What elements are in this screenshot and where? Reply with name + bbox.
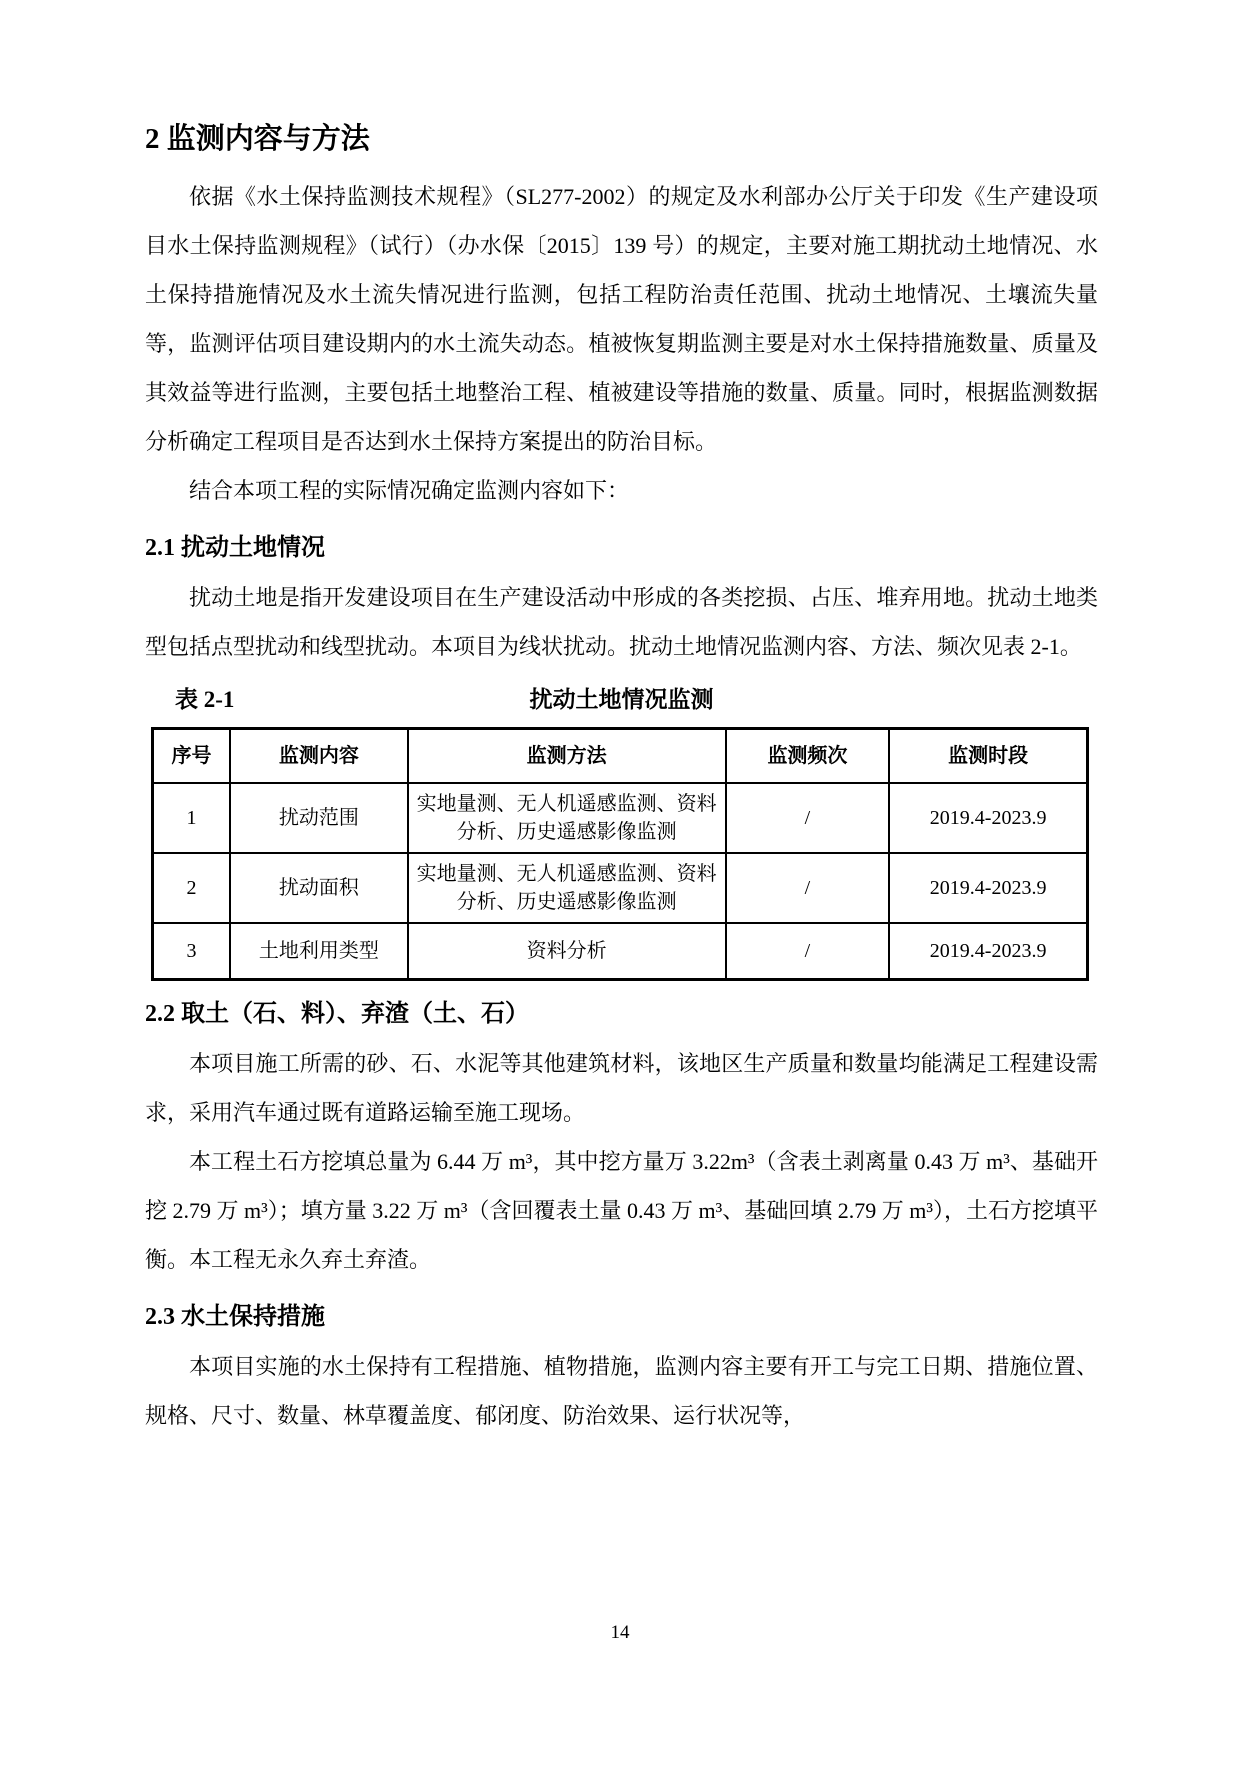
- document-page: 2 监测内容与方法 依据《水土保持监测技术规程》（SL277-2002）的规定及…: [0, 0, 1240, 1766]
- table-row: 1 扰动范围 实地量测、无人机遥感监测、资料分析、历史遥感影像监测 / 2019…: [153, 783, 1088, 853]
- section-2-1-paragraph: 扰动土地是指开发建设项目在生产建设活动中形成的各类挖损、占压、堆弃用地。扰动土地…: [145, 573, 1098, 671]
- section-2-3-paragraph: 本项目实施的水土保持有工程措施、植物措施，监测内容主要有开工与完工日期、措施位置…: [145, 1342, 1098, 1440]
- cell-seq: 3: [153, 923, 231, 980]
- section-2-2-paragraph-2: 本工程土石方挖填总量为 6.44 万 m³，其中挖方量万 3.22m³（含表土剥…: [145, 1137, 1098, 1284]
- table-caption-title: 扰动土地情况监测: [530, 687, 714, 712]
- table-caption: 表 2-1 扰动土地情况监测: [145, 683, 1098, 717]
- cell-seq: 1: [153, 783, 231, 853]
- cell-frequency: /: [726, 853, 890, 923]
- col-header-period: 监测时段: [889, 729, 1087, 784]
- table-header-row: 序号 监测内容 监测方法 监测频次 监测时段: [153, 729, 1088, 784]
- section-2-2-paragraph-1: 本项目施工所需的砂、石、水泥等其他建筑材料，该地区生产质量和数量均能满足工程建设…: [145, 1039, 1098, 1137]
- section-2-3-heading: 2.3 水土保持措施: [145, 1300, 1098, 1334]
- chapter-heading: 2 监测内容与方法: [145, 122, 1098, 156]
- cell-frequency: /: [726, 783, 890, 853]
- col-header-seq: 序号: [153, 729, 231, 784]
- cell-period: 2019.4-2023.9: [889, 853, 1087, 923]
- paragraph-lead-in: 结合本项工程的实际情况确定监测内容如下：: [145, 466, 1098, 515]
- cell-content: 土地利用类型: [230, 923, 408, 980]
- section-2-1-heading: 2.1 扰动土地情况: [145, 531, 1098, 565]
- col-header-content: 监测内容: [230, 729, 408, 784]
- cell-period: 2019.4-2023.9: [889, 783, 1087, 853]
- cell-content: 扰动面积: [230, 853, 408, 923]
- cell-content: 扰动范围: [230, 783, 408, 853]
- table-row: 3 土地利用类型 资料分析 / 2019.4-2023.9: [153, 923, 1088, 980]
- cell-frequency: /: [726, 923, 890, 980]
- col-header-method: 监测方法: [408, 729, 726, 784]
- page-number: 14: [0, 1622, 1240, 1644]
- cell-period: 2019.4-2023.9: [889, 923, 1087, 980]
- cell-method: 实地量测、无人机遥感监测、资料分析、历史遥感影像监测: [408, 783, 726, 853]
- paragraph-intro: 依据《水土保持监测技术规程》（SL277-2002）的规定及水利部办公厅关于印发…: [145, 172, 1098, 466]
- section-2-2-heading: 2.2 取土（石、料）、弃渣（土、石）: [145, 997, 1098, 1031]
- cell-method: 资料分析: [408, 923, 726, 980]
- disturbed-land-monitoring-table: 序号 监测内容 监测方法 监测频次 监测时段 1 扰动范围 实地量测、无人机遥感…: [151, 727, 1089, 981]
- col-header-frequency: 监测频次: [726, 729, 890, 784]
- cell-method: 实地量测、无人机遥感监测、资料分析、历史遥感影像监测: [408, 853, 726, 923]
- cell-seq: 2: [153, 853, 231, 923]
- table-row: 2 扰动面积 实地量测、无人机遥感监测、资料分析、历史遥感影像监测 / 2019…: [153, 853, 1088, 923]
- table-caption-label: 表 2-1: [175, 683, 234, 717]
